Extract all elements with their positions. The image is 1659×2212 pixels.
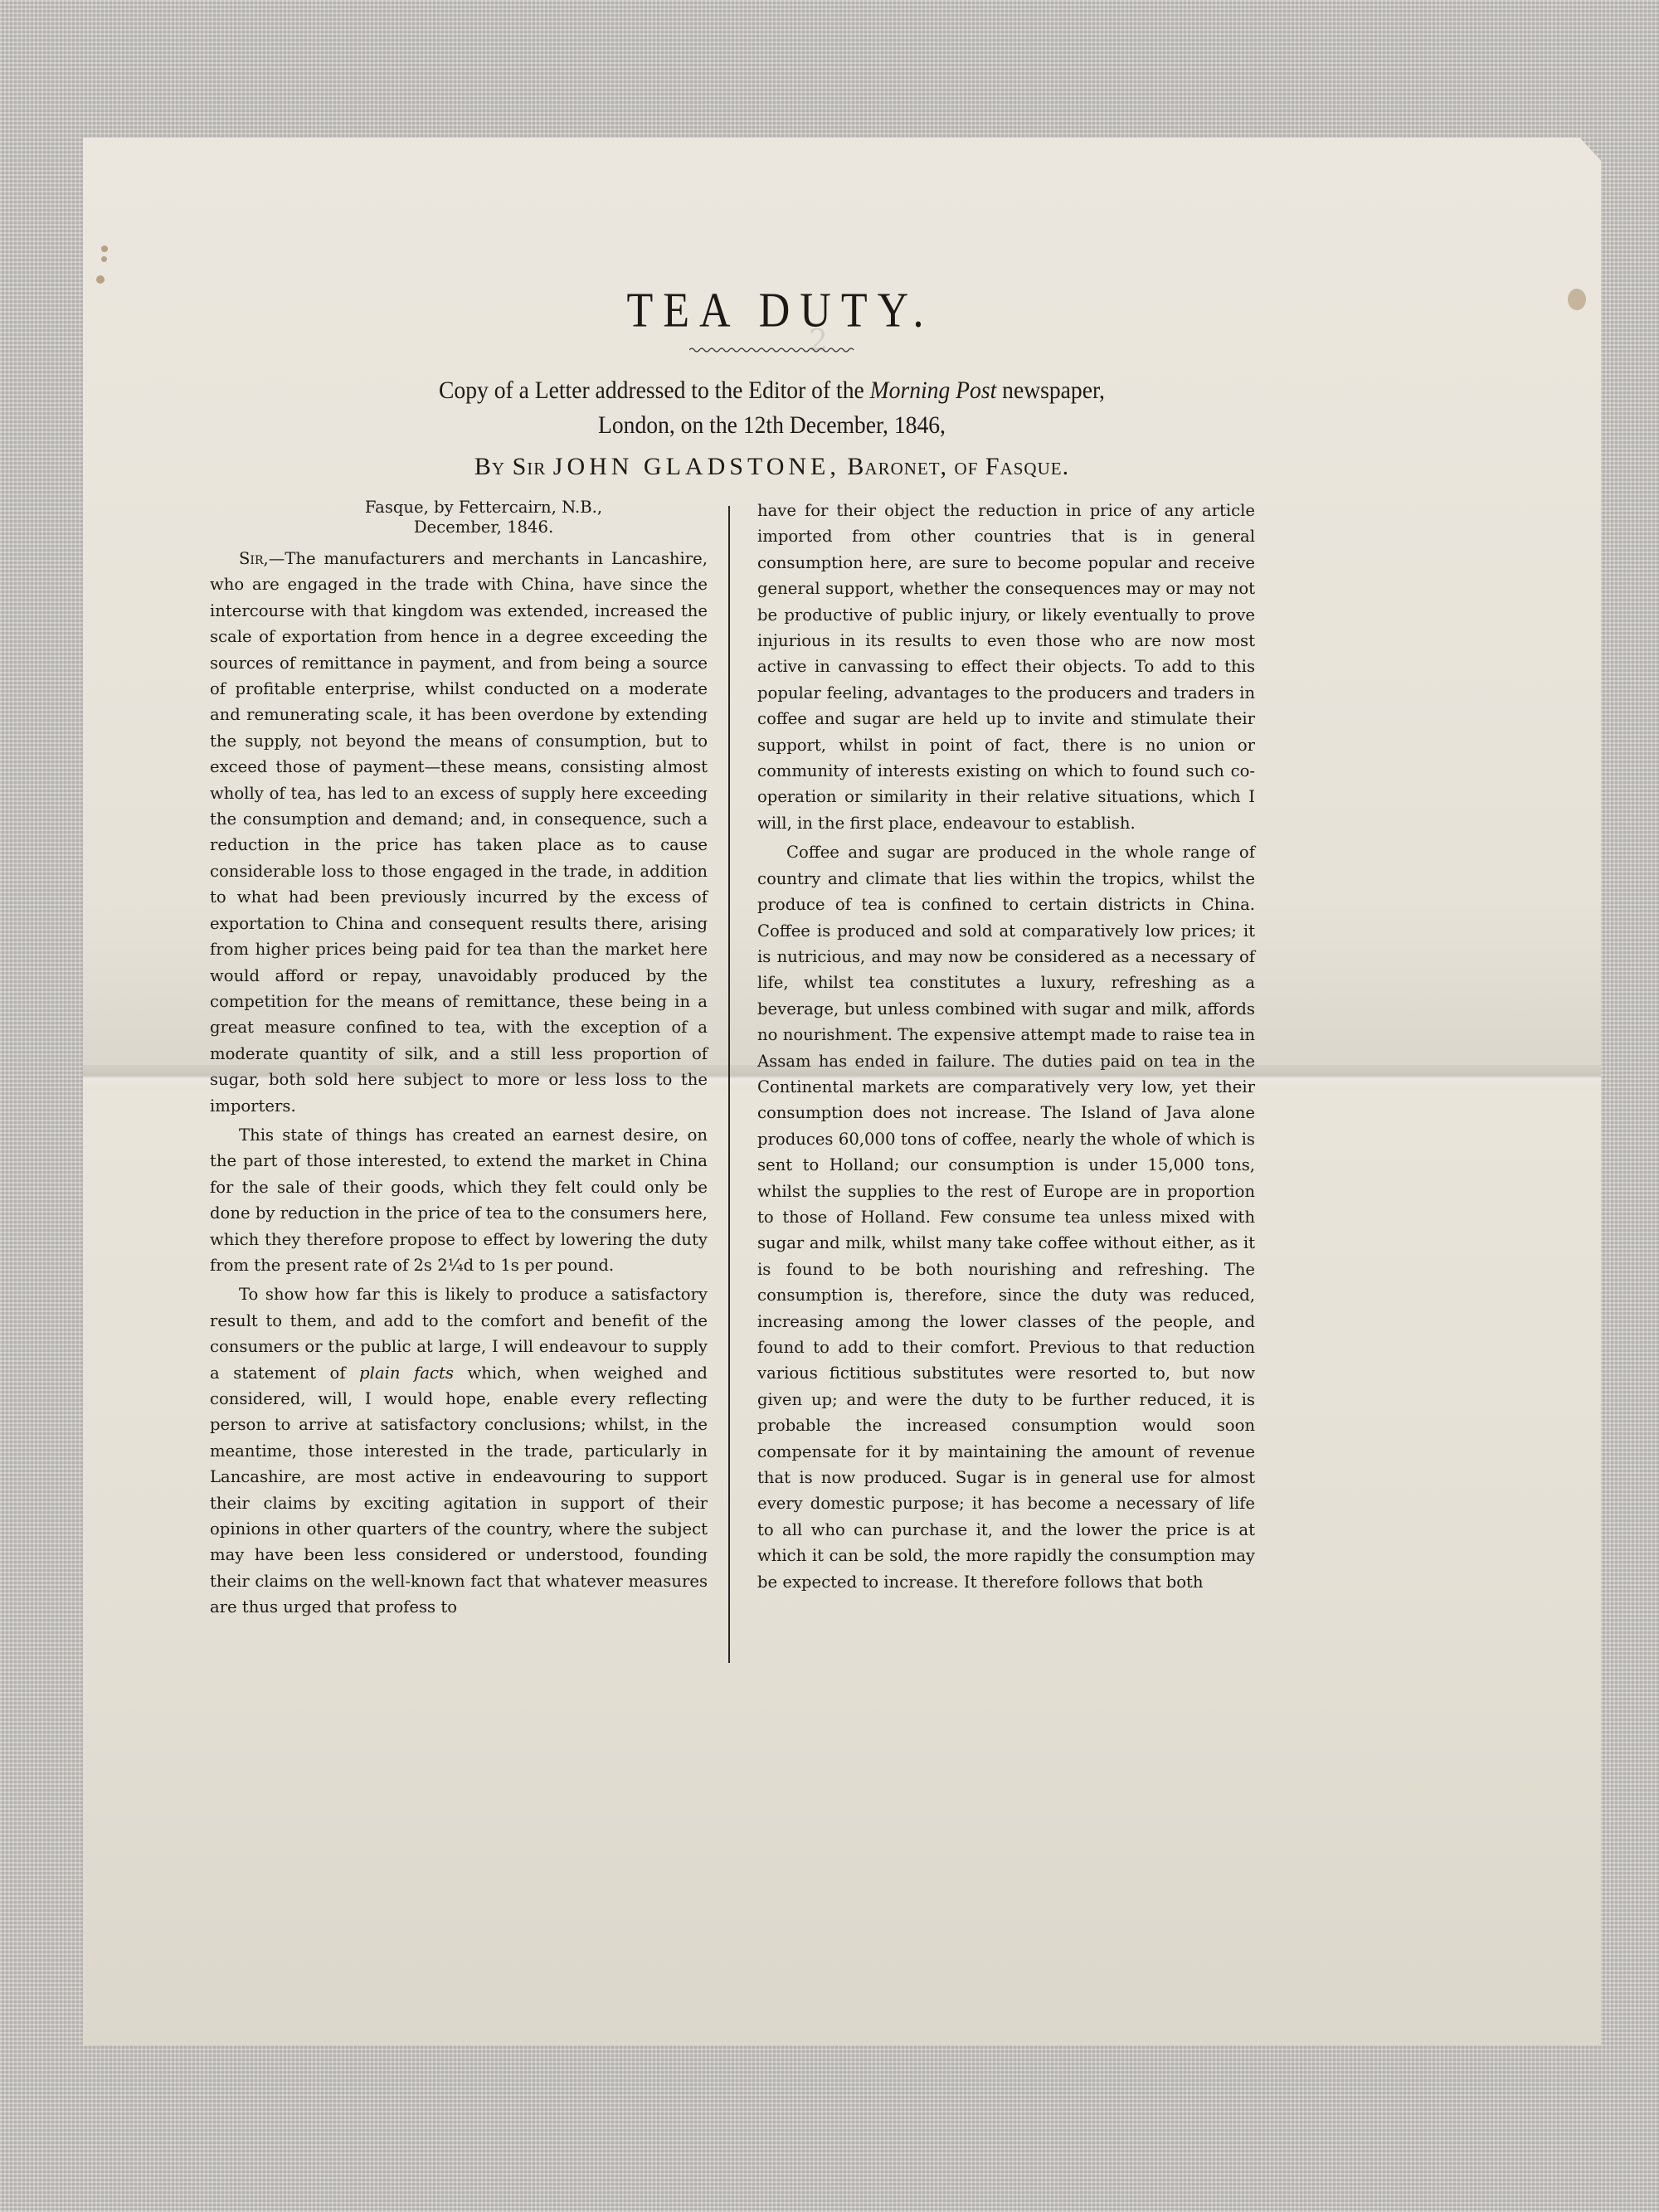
dateline-date: December, 1846. [260,518,708,537]
paragraph: have for their object the reduction in p… [757,498,1255,836]
page-title: TEA DUTY. [210,283,1334,339]
ornamental-rule [689,347,855,355]
subtitle: Copy of a Letter addressed to the Editor… [255,373,1289,443]
two-column-body: Fasque, by Fettercairn, N.B., December, … [210,498,1334,1663]
stain-dot [101,246,108,252]
subtitle-line-2: London, on the 12th December, 1846, [255,408,1289,443]
salutation: Sir, [239,549,269,568]
left-column: Fasque, by Fettercairn, N.B., December, … [210,498,728,1663]
paragraph: To show how far this is likely to produc… [210,1281,708,1620]
stain-dot [101,256,107,262]
subtitle-line-1: Copy of a Letter addressed to the Editor… [255,373,1289,408]
column-divider [728,506,730,1663]
newspaper-name: Morning Post [870,377,997,404]
emphasis: plain facts [359,1364,454,1383]
dateline-place: Fasque, by Fettercairn, N.B., [260,498,708,518]
author-title: Baronet, of Fasque. [847,453,1069,480]
right-column: have for their object the reduction in p… [757,498,1255,1663]
paragraph: Coffee and sugar are produced in the who… [757,839,1255,1595]
dateline: Fasque, by Fettercairn, N.B., December, … [260,498,708,537]
paragraph: This state of things has created an earn… [210,1122,708,1278]
stain-spot [1568,289,1586,310]
paragraph: Sir,—The manufacturers and merchants in … [210,546,708,1119]
stain-dot [96,275,105,284]
byline: By Sir JOHN GLADSTONE, Baronet, of Fasqu… [210,453,1334,481]
byline-prefix: By Sir [474,453,546,480]
author-name: JOHN GLADSTONE, [553,453,840,480]
document-content: TEA DUTY. Copy of a Letter addressed to … [210,286,1334,1663]
